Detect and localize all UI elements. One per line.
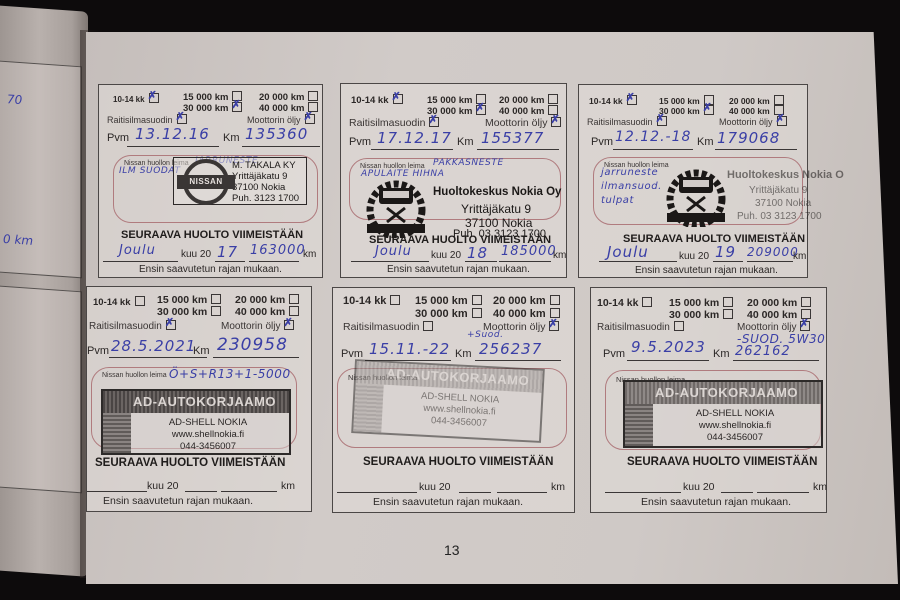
next-month-line — [599, 261, 677, 262]
checkbox-10-14kk[interactable] — [390, 295, 400, 305]
label-date: Pvm — [603, 348, 625, 360]
service-note: jarruneste — [601, 167, 658, 178]
km-value[interactable]: 135360 — [245, 125, 308, 143]
label-40000: 40 000 km — [235, 306, 285, 318]
checkbox-engine-oil[interactable] — [800, 321, 810, 331]
gear-car-logo-icon — [363, 180, 429, 238]
service-card-bottom-left: 10-14 kk 15 000 km 20 000 km 30 000 km 4… — [86, 286, 312, 512]
checkbox-cabin-filter[interactable] — [674, 321, 684, 331]
stamp-line: 37100 Nokia — [232, 182, 300, 193]
date-field-line — [109, 357, 207, 358]
label-engine-oil: Moottorin öljy — [485, 117, 547, 129]
service-note: -SUOD. 5W30 — [737, 332, 825, 346]
stamp-line: AD-SHELL NOKIA — [133, 417, 283, 429]
date-field-line — [371, 149, 453, 150]
stamp-body: AD-SHELL NOKIA www.shellnokia.fi 044-345… — [655, 404, 815, 444]
checkbox-15000km[interactable] — [723, 297, 733, 307]
next-km-line — [497, 492, 547, 493]
km-field-line — [213, 357, 299, 358]
photo-scene: 70 0 km 10-14 kk 15 000 km 20 000 km 30 … — [0, 0, 900, 600]
previous-page-card-bottom — [0, 285, 82, 493]
label-cabin-filter: Raitisilmasuodin — [89, 321, 162, 332]
label-interval: 10-14 kk — [113, 95, 145, 104]
date-field-line — [127, 146, 219, 147]
km-value[interactable]: 230958 — [217, 335, 288, 355]
service-card-bottom-middle: 10-14 kk 15 000 km 20 000 km 30 000 km 4… — [332, 287, 575, 513]
km-field-line — [733, 360, 819, 361]
label-15000: 15 000 km — [669, 297, 719, 309]
label-40000: 40 000 km — [729, 106, 770, 116]
label-30000: 30 000 km — [659, 106, 700, 116]
label-engine-oil: Moottorin öljy — [719, 117, 773, 127]
label-date: Pvm — [341, 348, 363, 360]
label-20000: 20 000 km — [747, 297, 797, 309]
checkbox-30000km[interactable] — [704, 105, 714, 115]
checkbox-10-14kk[interactable] — [149, 93, 159, 103]
km-field-line — [715, 149, 797, 150]
stamp-line: www.shellnokia.fi — [655, 420, 815, 432]
label-km: Km — [455, 348, 472, 360]
label-interval: 10-14 kk — [351, 95, 389, 106]
label-30000: 30 000 km — [669, 309, 719, 321]
stamp-line: 37100 Nokia — [755, 198, 811, 209]
stamp-line: 044-3456007 — [133, 441, 283, 453]
label-km: Km — [193, 345, 210, 357]
next-km-line — [499, 261, 551, 262]
label-interval: 10-14 kk — [589, 96, 623, 106]
label-km-unit: km — [553, 250, 566, 261]
ad-logo-icon — [353, 383, 383, 432]
ad-logo-icon — [103, 413, 131, 453]
date-value[interactable]: 28.5.2021 — [111, 337, 196, 355]
label-40000: 40 000 km — [747, 309, 797, 321]
label-40000: 40 000 km — [499, 106, 544, 117]
label-40000: 40 000 km — [493, 308, 546, 320]
label-20000: 20 000 km — [235, 294, 285, 306]
next-service-title: SEURAAVA HUOLTO VIIMEISTÄÄN — [95, 457, 285, 469]
label-20000: 20 000 km — [493, 295, 546, 307]
checkbox-engine-oil[interactable] — [549, 321, 559, 331]
checkbox-engine-oil[interactable] — [305, 114, 315, 124]
checkbox-cabin-filter[interactable] — [177, 114, 187, 124]
stamp-line: Yrittäjäkatu 9 — [749, 185, 807, 196]
label-interval: 10-14 kk — [93, 297, 131, 308]
ad-logo-icon — [625, 404, 653, 446]
label-40000: 40 000 km — [259, 103, 304, 114]
label-date: Pvm — [591, 136, 613, 148]
next-year-line — [459, 492, 491, 493]
next-year-line — [713, 261, 743, 262]
label-km-unit: km — [281, 480, 295, 492]
date-field-line — [613, 149, 693, 150]
next-month-line — [337, 492, 417, 493]
checkbox-engine-oil[interactable] — [777, 116, 787, 126]
next-year-value[interactable]: 19 — [715, 243, 736, 261]
checkbox-20000km[interactable] — [289, 294, 299, 304]
checkbox-20000km[interactable] — [801, 297, 811, 307]
next-km-line — [249, 261, 299, 262]
label-km: Km — [713, 348, 730, 360]
km-field-line — [475, 360, 561, 361]
label-km: Km — [223, 132, 240, 144]
previous-page-card-top: 70 0 km — [0, 60, 82, 278]
stamp-line: M. TAKALA KY — [232, 160, 300, 171]
checkbox-cabin-filter[interactable] — [166, 320, 176, 330]
label-km-unit: km — [551, 481, 565, 493]
label-km-unit: km — [303, 249, 316, 260]
checkbox-20000km[interactable] — [308, 91, 318, 101]
next-km-line — [747, 261, 793, 262]
nissan-logo-icon: NISSAN — [183, 159, 229, 205]
service-card-top-right: 10-14 kk 15 000 km 20 000 km 30 000 km 4… — [578, 84, 808, 278]
label-date: Pvm — [349, 136, 371, 148]
handwritten-fragment: 0 km — [3, 232, 33, 248]
checkbox-15000km[interactable] — [472, 295, 482, 305]
ad-autokorjaamo-stamp: AD-AUTOKORJAAMO AD-SHELL NOKIA www.shell… — [101, 389, 291, 455]
checkbox-cabin-filter[interactable] — [657, 116, 667, 126]
label-cabin-filter: Raitisilmasuodin — [587, 117, 653, 127]
km-field-line — [477, 149, 559, 150]
label-cabin-filter: Raitisilmasuodin — [597, 322, 670, 333]
label-month-suffix: kuu 20 — [147, 480, 179, 492]
stamp-header: AD-AUTOKORJAAMO — [625, 382, 821, 404]
label-km: Km — [697, 136, 714, 148]
checkbox-30000km[interactable] — [232, 102, 242, 112]
stamp-header: AD-AUTOKORJAAMO — [103, 391, 289, 413]
checkbox-40000km[interactable] — [289, 306, 299, 316]
next-month-line — [605, 492, 681, 493]
footer-note: Ensin saavutetun rajan mukaan. — [139, 264, 282, 275]
label-cabin-filter: Raitisilmasuodin — [343, 321, 419, 333]
label-month-suffix: kuu 20 — [419, 481, 451, 493]
km-value[interactable]: 155377 — [481, 129, 544, 147]
footer-note: Ensin saavutetun rajan mukaan. — [373, 496, 523, 508]
date-value[interactable]: 17.12.17 — [377, 129, 452, 147]
checkbox-cabin-filter[interactable] — [429, 117, 439, 127]
label-30000: 30 000 km — [183, 103, 228, 114]
stamp-line: Yrittäjäkatu 9 — [461, 202, 531, 216]
footer-note: Ensin saavutetun rajan mukaan. — [387, 264, 530, 275]
label-date: Pvm — [87, 345, 109, 357]
label-interval: 10-14 kk — [343, 295, 386, 307]
label-month-suffix: kuu 20 — [679, 251, 709, 262]
next-month-value[interactable]: Joulu — [375, 244, 412, 259]
next-month-value[interactable]: Joulu — [119, 243, 156, 258]
label-date: Pvm — [107, 132, 129, 144]
checkbox-10-14kk[interactable] — [393, 94, 403, 104]
checkbox-30000km[interactable] — [472, 308, 482, 318]
label-month-suffix: kuu 20 — [683, 481, 715, 493]
next-km-value[interactable]: 163000 — [250, 243, 306, 258]
stamp-line: www.shellnokia.fi — [133, 429, 283, 441]
next-service-title: SEURAAVA HUOLTO VIIMEISTÄÄN — [121, 229, 303, 241]
service-note: Ö+S+R13+1-5000 — [169, 367, 291, 381]
page-number: 13 — [444, 542, 460, 558]
checkbox-cabin-filter[interactable] — [423, 321, 433, 331]
date-field-line — [627, 360, 709, 361]
handwritten-fragment: 70 — [7, 92, 22, 107]
stamp-line: Puh. 3123 1700 — [232, 193, 300, 204]
date-value[interactable]: 13.12.16 — [135, 125, 210, 143]
footer-note: Ensin saavutetun rajan mukaan. — [103, 495, 253, 507]
label-interval: 10-14 kk — [597, 297, 638, 309]
gear-car-logo-icon — [663, 169, 729, 227]
label-km-unit: km — [793, 251, 806, 262]
previous-page: 70 0 km — [0, 4, 88, 577]
next-year-line — [215, 261, 245, 262]
date-value[interactable]: 12.12.-18 — [615, 129, 691, 145]
stamp-line: 044-3456007 — [655, 432, 815, 444]
next-month-line — [103, 261, 178, 262]
service-note: APULAITE HIHNA — [361, 169, 445, 179]
service-note: PAKKASNESTE — [433, 158, 504, 168]
checkbox-30000km[interactable] — [211, 306, 221, 316]
next-km-line — [757, 492, 809, 493]
service-card-bottom-right: 10-14 kk 15 000 km 20 000 km 30 000 km 4… — [590, 287, 827, 513]
service-note: tulpat — [601, 195, 634, 206]
stamp-line: Huoltokeskus Nokia O — [727, 169, 844, 181]
label-engine-oil: Moottorin öljy — [221, 321, 280, 332]
km-value[interactable]: 179068 — [717, 129, 780, 147]
stamp-line: Yrittäjäkatu 9 — [232, 171, 300, 182]
stamp-line: AD-SHELL NOKIA — [655, 408, 815, 420]
label-km-unit: km — [813, 481, 827, 493]
label-15000: 15 000 km — [157, 294, 207, 306]
service-card-top-left: 10-14 kk 15 000 km 20 000 km 30 000 km 4… — [98, 84, 323, 278]
checkbox-30000km[interactable] — [476, 105, 486, 115]
date-value[interactable]: 9.5.2023 — [631, 338, 706, 356]
checkbox-20000km[interactable] — [548, 94, 558, 104]
stamp-line: Huoltokeskus Nokia Oy — [433, 186, 561, 198]
stamp-body: AD-SHELL NOKIA www.shellnokia.fi 044-345… — [133, 413, 283, 451]
next-month-line — [351, 261, 429, 262]
checkbox-engine-oil[interactable] — [551, 117, 561, 127]
label-cabin-filter: Raitisilmasuodin — [107, 115, 173, 125]
next-km-value[interactable]: 209000 — [747, 245, 799, 259]
next-km-value[interactable]: 185000 — [501, 244, 557, 259]
checkbox-10-14kk[interactable] — [135, 296, 145, 306]
stamp-area-label: Nissan huollon leima — [102, 372, 167, 379]
footer-note: Ensin saavutetun rajan mukaan. — [641, 496, 791, 508]
next-year-value[interactable]: 17 — [217, 243, 238, 261]
ad-autokorjaamo-stamp: AD-AUTOKORJAAMO AD-SHELL NOKIA www.shell… — [351, 359, 545, 443]
footer-note: Ensin saavutetun rajan mukaan. — [635, 265, 778, 276]
checkbox-10-14kk[interactable] — [642, 297, 652, 307]
checkbox-15000km[interactable] — [211, 294, 221, 304]
next-service-title: SEURAAVA HUOLTO VIIMEISTÄÄN — [363, 456, 553, 468]
stamp-line: Puh. 03 3123 1700 — [737, 211, 822, 222]
label-cabin-filter: Raitisilmasuodin — [349, 117, 425, 129]
checkbox-engine-oil[interactable] — [284, 320, 294, 330]
ad-autokorjaamo-stamp: AD-AUTOKORJAAMO AD-SHELL NOKIA www.shell… — [623, 380, 823, 448]
checkbox-20000km[interactable] — [550, 295, 560, 305]
checkbox-30000km[interactable] — [723, 309, 733, 319]
checkbox-10-14kk[interactable] — [627, 95, 637, 105]
next-service-title: SEURAAVA HUOLTO VIIMEISTÄÄN — [627, 456, 817, 468]
next-year-line — [721, 492, 753, 493]
next-month-line — [87, 491, 147, 492]
km-value[interactable]: 262162 — [735, 344, 791, 359]
date-value[interactable]: 15.11.-22 — [369, 340, 450, 358]
service-note: ilmansuod. — [601, 181, 662, 192]
label-engine-oil: Moottorin öljy — [247, 115, 301, 125]
label-month-suffix: kuu 20 — [181, 249, 211, 260]
stamp-body: AD-SHELL NOKIA www.shellnokia.fi 044-345… — [383, 385, 535, 439]
km-value[interactable]: 256237 — [479, 340, 542, 358]
next-year-line — [185, 491, 217, 492]
label-month-suffix: kuu 20 — [431, 250, 461, 261]
label-15000: 15 000 km — [415, 295, 468, 307]
label-km: Km — [457, 136, 474, 148]
km-field-line — [242, 146, 320, 147]
checkbox-20000km[interactable] — [774, 95, 784, 105]
service-note: ILM SUODAT — [119, 166, 181, 176]
service-card-top-middle: 10-14 kk 15 000 km 20 000 km 30 000 km 4… — [340, 83, 567, 278]
next-month-value[interactable]: Joulu — [607, 243, 649, 261]
label-30000: 30 000 km — [415, 308, 468, 320]
next-year-value[interactable]: 18 — [467, 244, 488, 262]
next-km-line — [221, 491, 277, 492]
service-note: +Suod. — [467, 330, 504, 340]
